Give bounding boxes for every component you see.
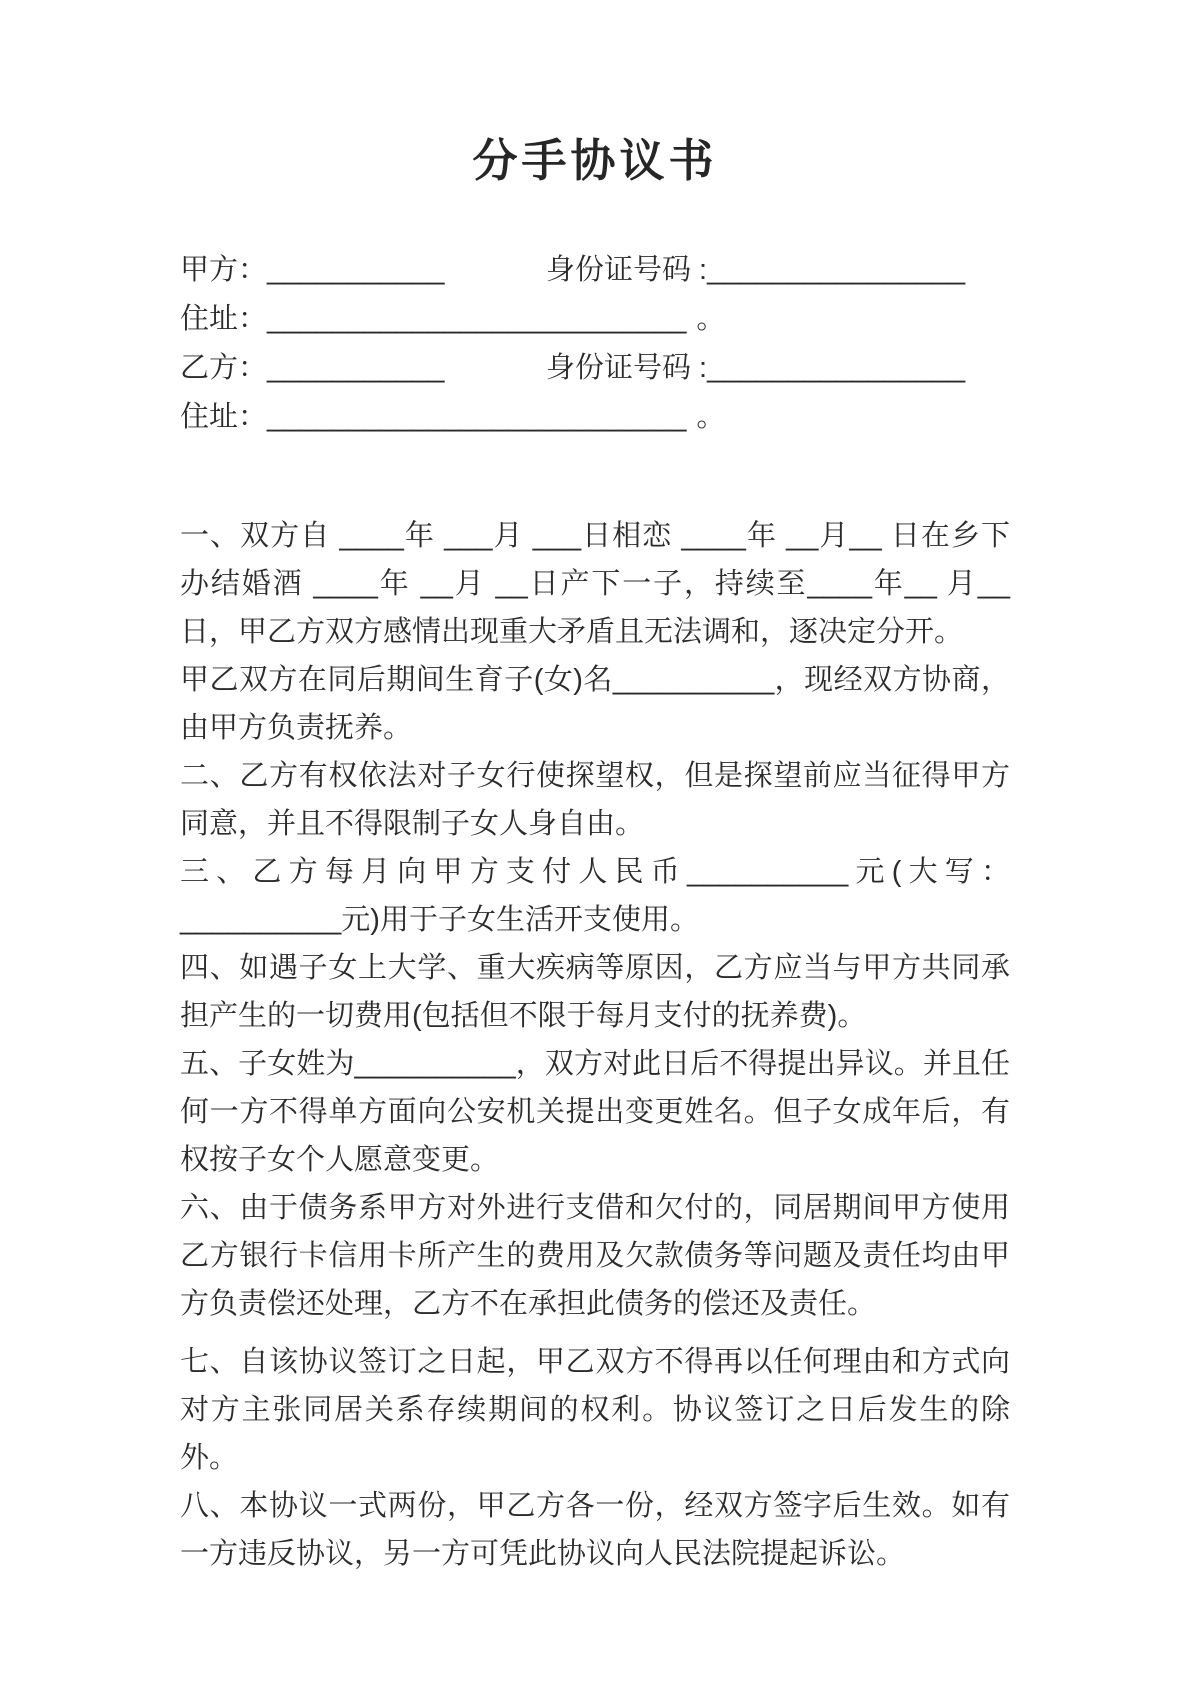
clause-1-relationship: 一、双方自 ____年 ___月 ___日相恋 ____年 __月__ 日在乡下… [180,512,1010,656]
party-b-row: 乙方：___________ 身份证号码 :________________ [180,344,1010,393]
party-b-id-label: 身份证号码 : [546,352,707,384]
party-a-name-blank: ___________ [267,254,444,286]
clause-6-debts: 六、由于债务系甲方对外进行支借和欠付的，同居期间甲方使用乙方银行卡信用卡所产生的… [180,1184,1010,1328]
party-b-address-fullstop: 。 [696,401,725,433]
party-b-address-blank: __________________________ [267,401,686,433]
party-a-id-label: 身份证号码 : [546,254,707,286]
party-a-label: 甲方： [180,254,267,286]
document-content: 分手协议书 甲方：___________ 身份证号码 :____________… [180,0,1010,1578]
clause-8-effectiveness: 八、本协议一式两份，甲乙方各一份，经双方签字后生效。如有一方违反协议，另一方可凭… [180,1482,1010,1578]
party-a-address-label: 住址： [180,303,267,335]
clause-4-shared-expenses: 四、如遇子女上大学、重大疾病等原因，乙方应当与甲方共同承担产生的一切费用(包括但… [180,944,1010,1040]
party-a-id-group: 身份证号码 :________________ [546,246,965,295]
party-b-name-blank: ___________ [267,352,444,384]
document-page: 分手协议书 甲方：___________ 身份证号码 :____________… [0,0,1190,1684]
party-b-address-label: 住址： [180,401,267,433]
party-a-address-row: 住址：__________________________。 [180,295,1010,344]
clauses-section: 一、双方自 ____年 ___月 ___日相恋 ____年 __月__ 日在乡下… [180,512,1010,1578]
page-title: 分手协议书 [180,0,1010,192]
clause-5-surname: 五、子女姓为__________，双方对此日后不得提出异议。并且任何一方不得单方… [180,1040,1010,1184]
party-info-section: 甲方：___________ 身份证号码 :________________ 住… [180,246,1010,442]
party-a-row: 甲方：___________ 身份证号码 :________________ [180,246,1010,295]
clause-2-visitation: 二、乙方有权依法对子女行使探望权，但是探望前应当征得甲方同意，并且不得限制子女人… [180,752,1010,848]
clause-7-claims-waiver: 七、自该协议签订之日起，甲乙双方不得再以任何理由和方式向对方主张同居关系存续期间… [180,1338,1010,1482]
party-b-label: 乙方： [180,352,267,384]
clause-1-custody: 甲乙双方在同后期间生育子(女)名__________，现经双方协商，由甲方负责抚… [180,656,1010,752]
party-b-id-group: 身份证号码 :________________ [546,344,965,393]
party-a-address-fullstop: 。 [696,303,725,335]
party-a-address-blank: __________________________ [267,303,686,335]
party-b-id-blank: ________________ [707,352,965,384]
party-a-id-blank: ________________ [707,254,965,286]
clause-3-support-payment: 三、乙方每月向甲方支付人民币__________元(大写： __________… [180,848,1010,944]
party-b-address-row: 住址：__________________________。 [180,393,1010,442]
